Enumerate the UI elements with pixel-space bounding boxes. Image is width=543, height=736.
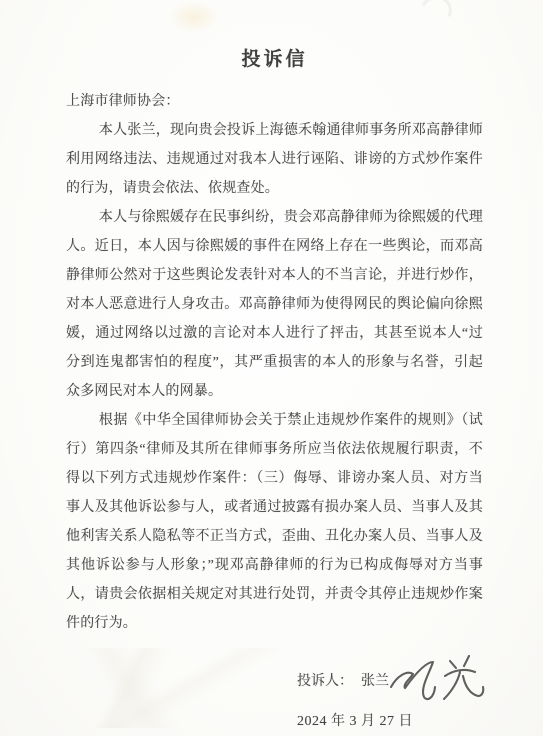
salutation: 上海市律师协会： <box>66 87 483 116</box>
scan-artifact-curl <box>416 0 456 31</box>
paragraph-1: 本人张兰，现向贵会投诉上海德禾翰通律师事务所邓高静律师利用网络违法、违规通过对我… <box>66 116 483 203</box>
scan-artifact-top <box>168 0 220 34</box>
handwritten-signature <box>389 649 489 711</box>
signer-line: 投诉人：张兰 <box>297 665 479 695</box>
signature-block: 投诉人：张兰 2024 年 3 月 27 日 <box>297 665 479 730</box>
signer-name: 张兰 <box>361 670 389 690</box>
complaint-letter-page: 投诉信 上海市律师协会： 本人张兰，现向贵会投诉上海德禾翰通律师事务所邓高静律师… <box>0 0 543 736</box>
paragraph-3: 根据《中华全国律师协会关于禁止违规炒作案件的规则》（试行）第四条“律师及其所在律… <box>66 406 483 638</box>
date: 2024 年 3 月 27 日 <box>297 710 479 730</box>
page-title: 投诉信 <box>66 44 483 71</box>
paragraph-2: 本人与徐熙媛存在民事纠纷，贵会邓高静律师为徐熙媛的代理人。近日，本人因与徐熙媛的… <box>66 203 483 406</box>
signer-label: 投诉人： <box>297 670 353 690</box>
scan-artifact-crease <box>0 648 290 728</box>
